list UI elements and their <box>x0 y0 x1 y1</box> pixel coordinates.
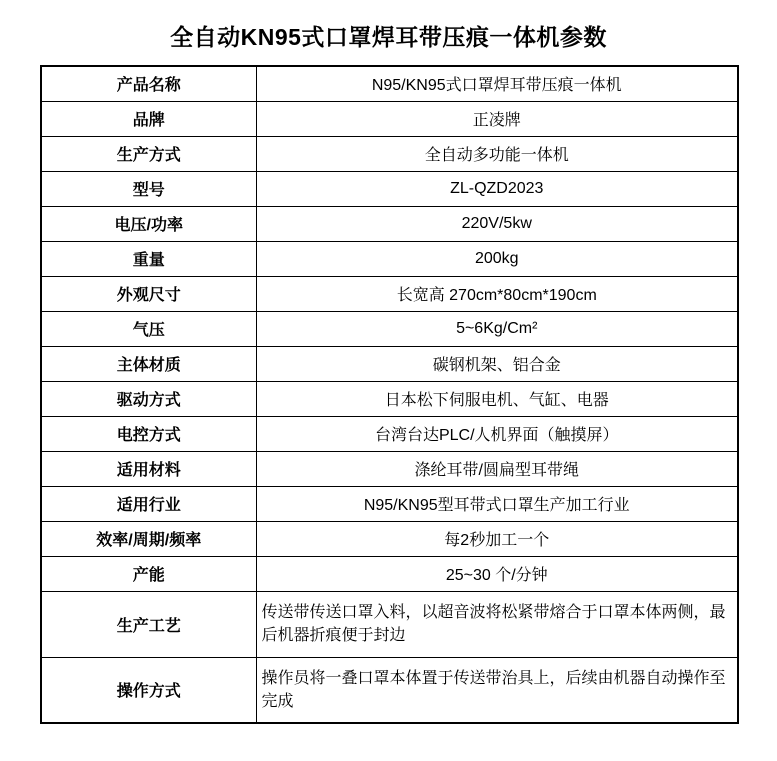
table-row: 生产方式全自动多功能一体机 <box>41 136 738 171</box>
table-row: 外观尺寸长宽高 270cm*80cm*190cm <box>41 276 738 311</box>
table-row: 品牌正凌牌 <box>41 101 738 136</box>
page-title: 全自动KN95式口罩焊耳带压痕一体机参数 <box>0 19 777 52</box>
spec-label: 生产方式 <box>41 136 256 171</box>
spec-table-body: 产品名称N95/KN95式口罩焊耳带压痕一体机品牌正凌牌生产方式全自动多功能一体… <box>41 66 738 723</box>
table-row: 产品名称N95/KN95式口罩焊耳带压痕一体机 <box>41 66 738 101</box>
spec-label: 生产工艺 <box>41 591 256 657</box>
spec-value: 操作员将一叠口罩本体置于传送带治具上，后续由机器自动操作至完成 <box>256 657 738 723</box>
spec-value: 涤纶耳带/圆扁型耳带绳 <box>256 451 738 486</box>
table-row: 主体材质碳钢机架、铝合金 <box>41 346 738 381</box>
spec-label: 外观尺寸 <box>41 276 256 311</box>
spec-label: 电压/功率 <box>41 206 256 241</box>
table-row: 气压5~6Kg/Cm² <box>41 311 738 346</box>
spec-label: 气压 <box>41 311 256 346</box>
spec-label: 操作方式 <box>41 657 256 723</box>
table-row: 适用材料涤纶耳带/圆扁型耳带绳 <box>41 451 738 486</box>
spec-value: ZL-QZD2023 <box>256 171 738 206</box>
spec-label: 适用材料 <box>41 451 256 486</box>
table-row: 电控方式台湾台达PLC/人机界面（触摸屏） <box>41 416 738 451</box>
spec-label: 适用行业 <box>41 486 256 521</box>
spec-label: 电控方式 <box>41 416 256 451</box>
table-row: 生产工艺传送带传送口罩入料，以超音波将松紧带熔合于口罩本体两侧，最后机器折痕便于… <box>41 591 738 657</box>
table-row: 电压/功率220V/5kw <box>41 206 738 241</box>
spec-value: N95/KN95型耳带式口罩生产加工行业 <box>256 486 738 521</box>
page: 全自动KN95式口罩焊耳带压痕一体机参数 产品名称N95/KN95式口罩焊耳带压… <box>0 0 777 761</box>
spec-label: 主体材质 <box>41 346 256 381</box>
spec-value: 220V/5kw <box>256 206 738 241</box>
spec-value: 全自动多功能一体机 <box>256 136 738 171</box>
spec-value: 200kg <box>256 241 738 276</box>
spec-label: 品牌 <box>41 101 256 136</box>
spec-value: 正凌牌 <box>256 101 738 136</box>
spec-label: 重量 <box>41 241 256 276</box>
spec-value: 25~30 个/分钟 <box>256 556 738 591</box>
spec-value: 每2秒加工一个 <box>256 521 738 556</box>
table-row: 适用行业N95/KN95型耳带式口罩生产加工行业 <box>41 486 738 521</box>
spec-label: 效率/周期/频率 <box>41 521 256 556</box>
table-row: 型号ZL-QZD2023 <box>41 171 738 206</box>
spec-label: 产能 <box>41 556 256 591</box>
table-row: 重量200kg <box>41 241 738 276</box>
table-row: 效率/周期/频率每2秒加工一个 <box>41 521 738 556</box>
spec-label: 驱动方式 <box>41 381 256 416</box>
spec-label: 型号 <box>41 171 256 206</box>
spec-value: 碳钢机架、铝合金 <box>256 346 738 381</box>
spec-table: 产品名称N95/KN95式口罩焊耳带压痕一体机品牌正凌牌生产方式全自动多功能一体… <box>40 65 739 724</box>
table-row: 产能25~30 个/分钟 <box>41 556 738 591</box>
spec-label: 产品名称 <box>41 66 256 101</box>
spec-value: 台湾台达PLC/人机界面（触摸屏） <box>256 416 738 451</box>
spec-value: 5~6Kg/Cm² <box>256 311 738 346</box>
spec-value: 长宽高 270cm*80cm*190cm <box>256 276 738 311</box>
table-row: 操作方式操作员将一叠口罩本体置于传送带治具上，后续由机器自动操作至完成 <box>41 657 738 723</box>
spec-value: 日本松下伺服电机、气缸、电器 <box>256 381 738 416</box>
spec-value: 传送带传送口罩入料，以超音波将松紧带熔合于口罩本体两侧，最后机器折痕便于封边 <box>256 591 738 657</box>
table-row: 驱动方式日本松下伺服电机、气缸、电器 <box>41 381 738 416</box>
spec-value: N95/KN95式口罩焊耳带压痕一体机 <box>256 66 738 101</box>
